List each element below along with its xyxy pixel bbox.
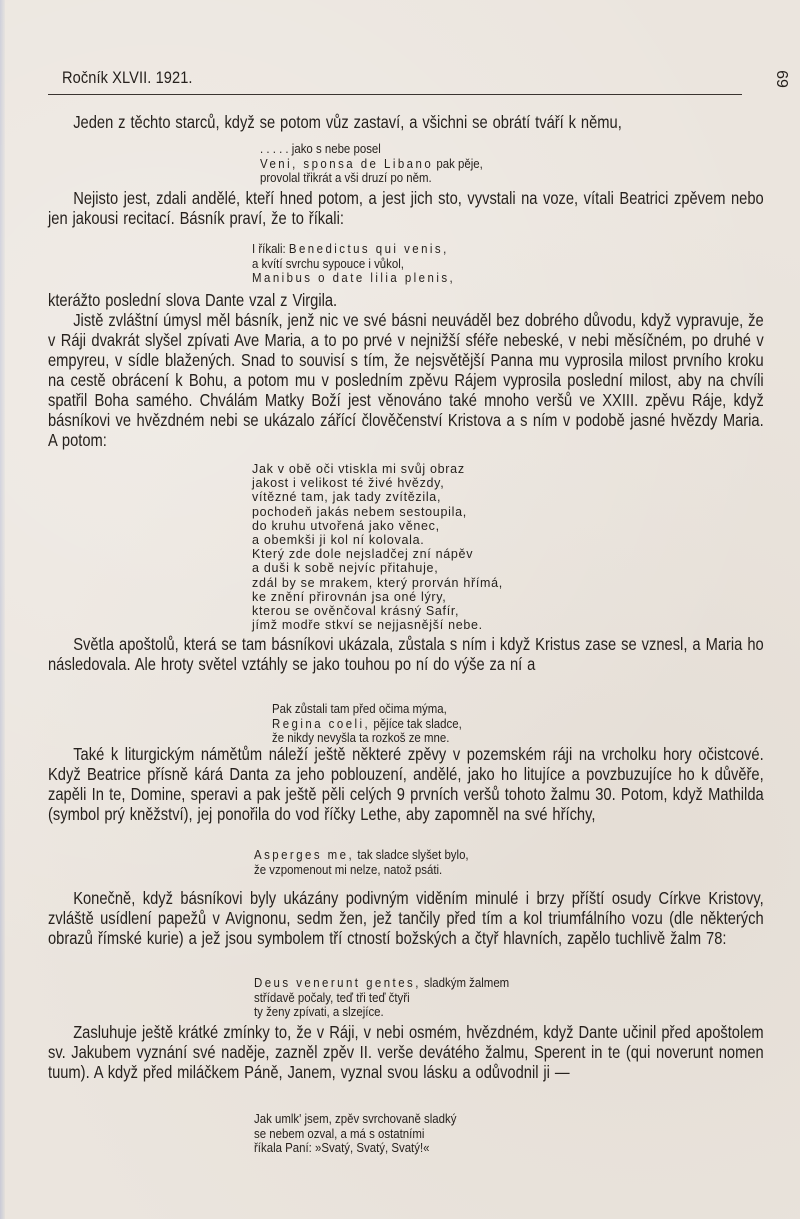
verse-quotation: Deus venerunt gentes, sladkým žalmemstří…	[254, 976, 509, 1020]
verse-line: ke znění přirovnán jsa oné lýry,	[252, 590, 503, 604]
verse-text: pějíce tak sladce,	[370, 716, 462, 731]
verse-quotation: Jak v obě oči vtiskla mi svůj obrazjakos…	[252, 462, 503, 632]
latin-incipit: Manibus o date lilia plenis,	[252, 270, 455, 285]
verse-line: Manibus o date lilia plenis,	[252, 271, 455, 286]
verse-line: říkala Paní: »Svatý, Svatý, Svatý!«	[254, 1141, 456, 1156]
verse-text: I říkali:	[252, 241, 289, 256]
verse-line: vítězné tam, jak tady zvítězila,	[252, 490, 503, 504]
verse-line: Regina coeli, pějíce tak sladce,	[272, 717, 462, 732]
running-header: Ročník XLVII. 1921. 69	[48, 68, 788, 96]
verse-line: Asperges me, tak sladce slyšet bylo,	[254, 848, 469, 863]
verse-text: sladkým žalmem	[421, 975, 509, 990]
verse-line: a duši k sobě nejvíc přitahuje,	[252, 561, 503, 575]
verse-line: do kruhu utvořená jako věnec,	[252, 519, 503, 533]
verse-quotation: . . . . . jako s nebe poselVeni, sponsa …	[260, 142, 483, 186]
verse-text: tak sladce slyšet bylo,	[354, 847, 468, 862]
verse-line: a kvítí svrchu sypouce i vůkol,	[252, 257, 455, 272]
verse-text: pochodeň jakás nebem sestoupila,	[252, 505, 467, 519]
verse-text: a kvítí svrchu sypouce i vůkol,	[252, 256, 404, 271]
verse-text: že vzpomenout mi nelze, natož psáti.	[254, 862, 442, 877]
verse-text: vítězné tam, jak tady zvítězila,	[252, 490, 441, 504]
verse-line: Jak umlk' jsem, zpěv svrchovaně sladký	[254, 1112, 456, 1127]
latin-incipit: Benedictus qui venis,	[289, 241, 449, 256]
paragraph: Zasluhuje ještě krátké zmínky to, že v R…	[48, 1022, 764, 1082]
verse-text: pak pěje,	[433, 156, 483, 171]
verse-line: Jak v obě oči vtiskla mi svůj obraz	[252, 462, 503, 476]
verse-line: Pak zůstali tam před očima mýma,	[272, 702, 462, 717]
latin-incipit: Deus venerunt gentes,	[254, 975, 421, 990]
verse-line: jímž modře stkví se nejjasnější nebe.	[252, 618, 503, 632]
verse-quotation: I říkali: Benedictus qui venis,a kvítí s…	[252, 242, 455, 286]
verse-line: střídavě počaly, teď tři teď čtyři	[254, 991, 509, 1006]
verse-quotation: Pak zůstali tam před očima mýma,Regina c…	[272, 702, 462, 746]
verse-line: Veni, sponsa de Libano pak pěje,	[260, 157, 483, 172]
verse-line: pochodeň jakás nebem sestoupila,	[252, 505, 503, 519]
verse-line: kterou se ověnčoval krásný Safír,	[252, 604, 503, 618]
paragraph: Jistě zvláštní úmysl měl básník, jenž ni…	[48, 310, 764, 450]
verse-line: a obemkši ji kol ní kolovala.	[252, 533, 503, 547]
paragraph: Konečně, když básníkovi byly ukázány pod…	[48, 888, 764, 948]
header-rule	[48, 94, 742, 95]
journal-volume-title: Ročník XLVII. 1921.	[62, 68, 193, 88]
verse-line: Deus venerunt gentes, sladkým žalmem	[254, 976, 509, 991]
verse-text: jímž modře stkví se nejjasnější nebe.	[252, 618, 483, 632]
verse-text: Který zde dole nejsladčej zní nápěv	[252, 547, 473, 561]
verse-line: . . . . . jako s nebe posel	[260, 142, 483, 157]
paragraph: Také k liturgickým námětům náleží ještě …	[48, 744, 764, 824]
verse-text: ty ženy zpívati, a slzejíce.	[254, 1004, 384, 1019]
verse-line: I říkali: Benedictus qui venis,	[252, 242, 455, 257]
verse-quotation: Asperges me, tak sladce slyšet bylo,že v…	[254, 848, 469, 877]
verse-text: a obemkši ji kol ní kolovala.	[252, 533, 424, 547]
verse-quotation: Jak umlk' jsem, zpěv svrchovaně sladkýse…	[254, 1112, 456, 1156]
paragraph: Nejisto jest, zdali andělé, kteří hned p…	[48, 188, 764, 228]
verse-text: říkala Paní: »Svatý, Svatý, Svatý!«	[254, 1140, 430, 1155]
verse-text: střídavě počaly, teď tři teď čtyři	[254, 990, 410, 1005]
latin-incipit: Veni, sponsa de Libano	[260, 156, 433, 171]
verse-text: a duši k sobě nejvíc přitahuje,	[252, 561, 438, 575]
verse-line: zdál by se mrakem, který prorván hřímá,	[252, 576, 503, 590]
page-edge	[0, 0, 5, 1219]
verse-text: se nebem ozval, a má s ostatními	[254, 1126, 424, 1141]
verse-text: Jak umlk' jsem, zpěv svrchovaně sladký	[254, 1111, 456, 1126]
latin-incipit: Regina coeli,	[272, 716, 370, 731]
verse-line: že vzpomenout mi nelze, natož psáti.	[254, 863, 469, 878]
paragraph: kterážto poslední slova Dante vzal z Vir…	[48, 290, 764, 310]
verse-text: provolal třikrát a vši druzí po něm.	[260, 170, 432, 185]
verse-line: Který zde dole nejsladčej zní nápěv	[252, 547, 503, 561]
paragraph: Světla apoštolů, která se tam básníkovi …	[48, 634, 764, 674]
verse-text: Pak zůstali tam před očima mýma,	[272, 701, 447, 716]
paragraph: Jeden z těchto starců, když se potom vůz…	[48, 112, 764, 132]
verse-line: se nebem ozval, a má s ostatními	[254, 1127, 456, 1142]
verse-text: kterou se ověnčoval krásný Safír,	[252, 604, 459, 618]
verse-line: provolal třikrát a vši druzí po něm.	[260, 171, 483, 186]
verse-text: . . . . . jako s nebe posel	[260, 141, 381, 156]
verse-text: že nikdy nevyšla ta rozkoš ze mne.	[272, 730, 449, 745]
verse-text: ke znění přirovnán jsa oné lýry,	[252, 590, 446, 604]
verse-line: ty ženy zpívati, a slzejíce.	[254, 1005, 509, 1020]
verse-line: jakost i velikost té živé hvězdy,	[252, 476, 503, 490]
verse-text: jakost i velikost té živé hvězdy,	[252, 476, 444, 490]
page-number: 69	[772, 70, 790, 88]
verse-text: zdál by se mrakem, který prorván hřímá,	[252, 576, 503, 590]
latin-incipit: Asperges me,	[254, 847, 354, 862]
verse-text: do kruhu utvořená jako věnec,	[252, 519, 440, 533]
verse-text: Jak v obě oči vtiskla mi svůj obraz	[252, 462, 465, 476]
